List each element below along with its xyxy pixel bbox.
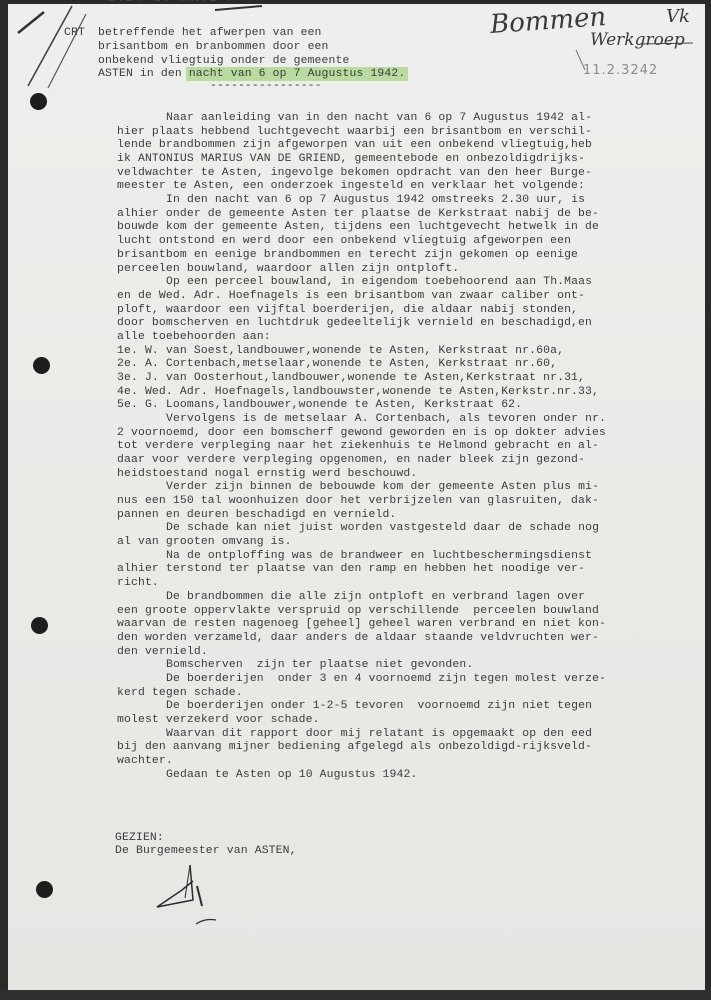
mayor-signature <box>0 0 711 1000</box>
